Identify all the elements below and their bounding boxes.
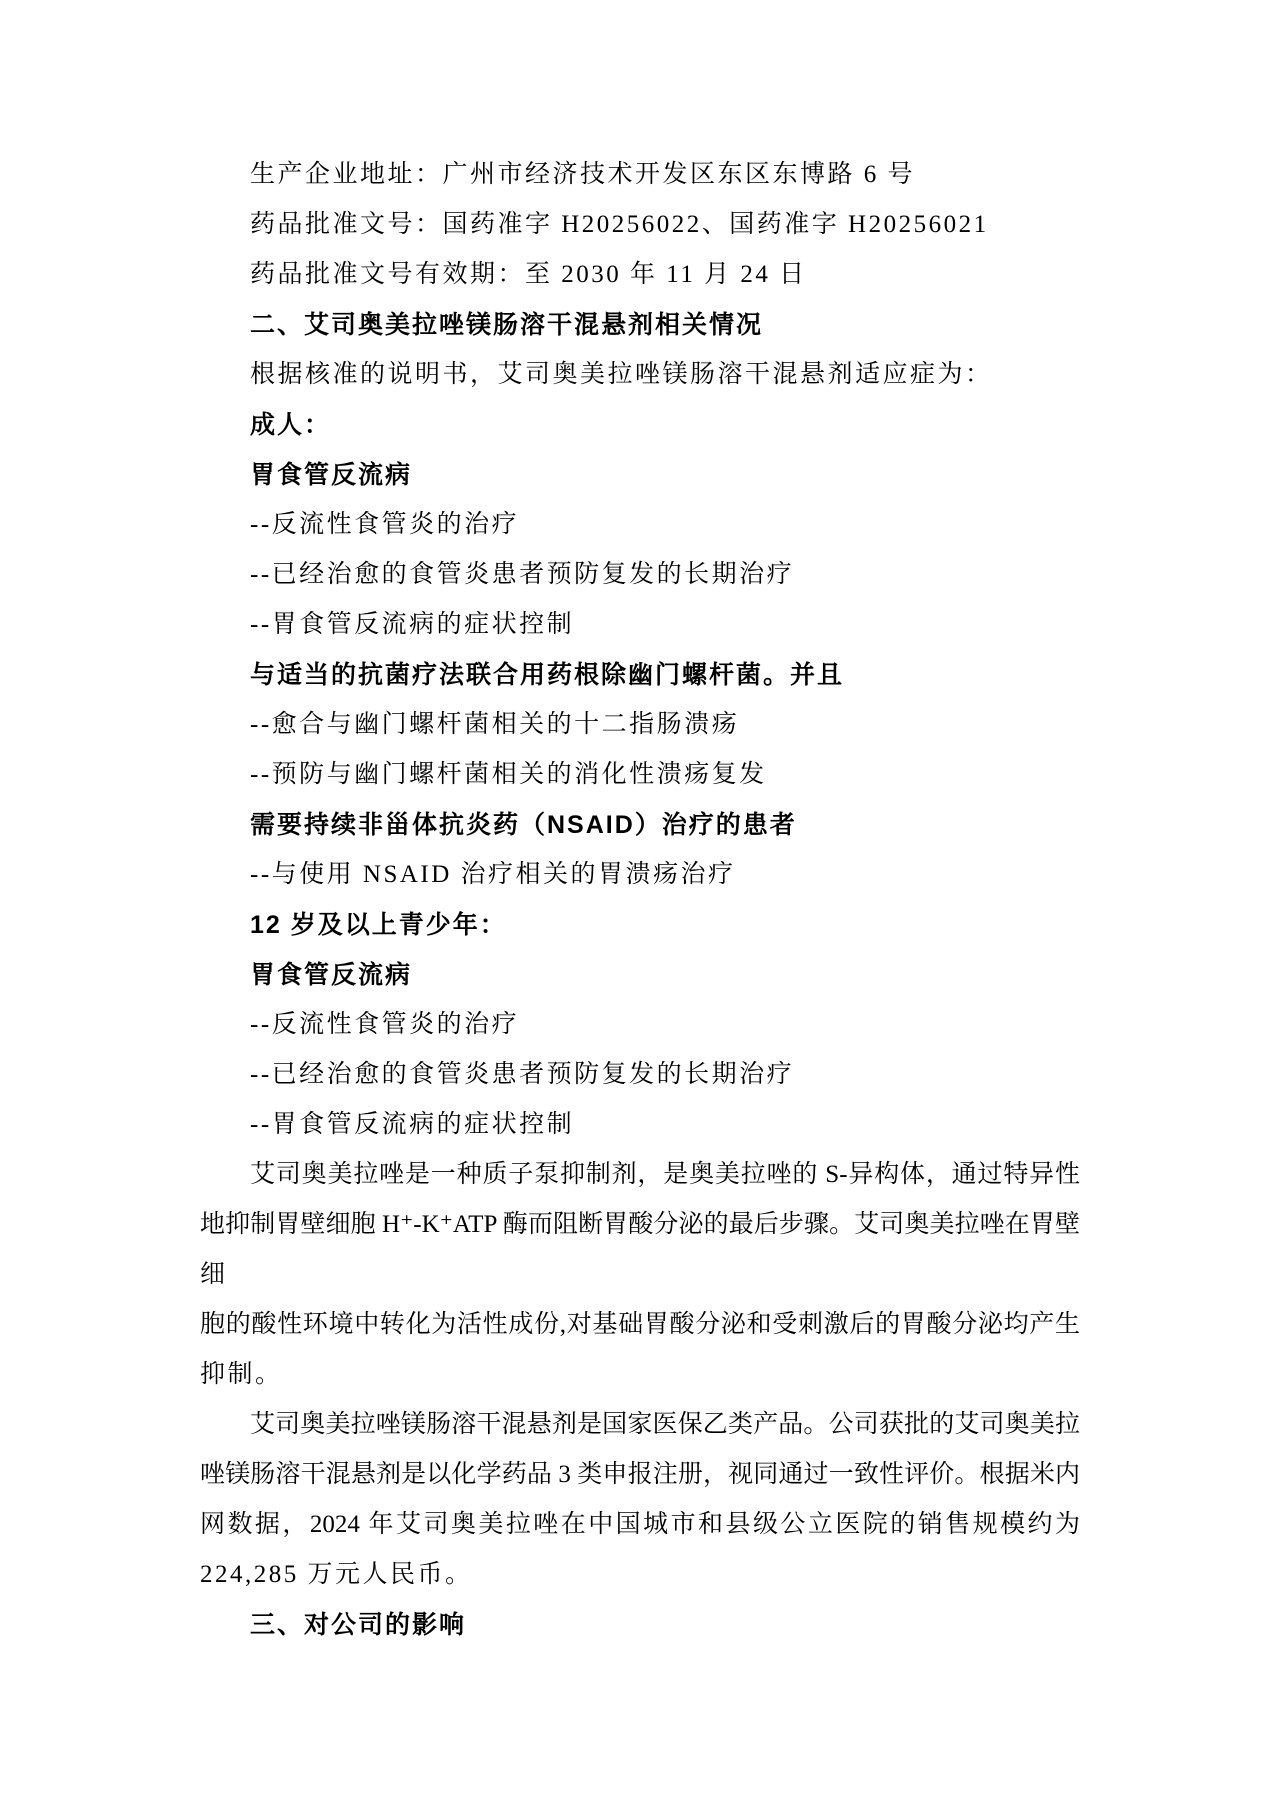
text-line: --胃食管反流病的症状控制 xyxy=(200,1100,1080,1150)
text-line: 224,285 万元人民币。 xyxy=(200,1550,1080,1600)
text-line: 胃食管反流病 xyxy=(200,450,1080,500)
approval-number-validity: 药品批准文号有效期：至 2030 年 11 月 24 日 xyxy=(200,250,1080,300)
text-line: --与使用 NSAID 治疗相关的胃溃疡治疗 xyxy=(200,850,1080,900)
text-line: 药品批准文号：国药准字 H20256022、国药准字 H20256021 xyxy=(200,200,1080,250)
manufacturer-address: 生产企业地址：广州市经济技术开发区东区东博路 6 号 xyxy=(200,150,1080,200)
drug-approval-number: 药品批准文号：国药准字 H20256022、国药准字 H20256021 xyxy=(200,200,1080,250)
mechanism-paragraph: 艾司奥美拉唑是一种质子泵抑制剂，是奥美拉唑的 S-异构体，通过特异性地抑制胃壁细… xyxy=(200,1150,1080,1400)
indication-symptom-control-adolescents: --胃食管反流病的症状控制 xyxy=(200,1100,1080,1150)
text-line: --预防与幽门螺杆菌相关的消化性溃疡复发 xyxy=(200,750,1080,800)
adolescents-heading: 12 岁及以上青少年： xyxy=(200,900,1080,950)
text-line: 成人： xyxy=(200,400,1080,450)
text-line: 根据核准的说明书，艾司奥美拉唑镁肠溶干混悬剂适应症为： xyxy=(200,350,1080,400)
indication-nsaid-gastric-ulcer: --与使用 NSAID 治疗相关的胃溃疡治疗 xyxy=(200,850,1080,900)
document-content: 生产企业地址：广州市经济技术开发区东区东博路 6 号药品批准文号：国药准字 H2… xyxy=(200,150,1080,1650)
text-line: --反流性食管炎的治疗 xyxy=(200,1000,1080,1050)
text-line: --反流性食管炎的治疗 xyxy=(200,500,1080,550)
text-line: 药品批准文号有效期：至 2030 年 11 月 24 日 xyxy=(200,250,1080,300)
indication-symptom-control-adults: --胃食管反流病的症状控制 xyxy=(200,600,1080,650)
text-line: 抑制。 xyxy=(200,1350,1080,1400)
text-line: 地抑制胃壁细胞 H⁺-K⁺ATP 酶而阻断胃酸分泌的最后步骤。艾司奥美拉唑在胃壁… xyxy=(200,1200,1080,1300)
gerd-heading-adolescents: 胃食管反流病 xyxy=(200,950,1080,1000)
adults-heading: 成人： xyxy=(200,400,1080,450)
text-line: 生产企业地址：广州市经济技术开发区东区东博路 6 号 xyxy=(200,150,1080,200)
text-line: 胞的酸性环境中转化为活性成份,对基础胃酸分泌和受刺激后的胃酸分泌均产生 xyxy=(200,1300,1080,1350)
text-line: 需要持续非甾体抗炎药（NSAID）治疗的患者 xyxy=(200,800,1080,850)
hp-eradication-heading: 与适当的抗菌疗法联合用药根除幽门螺杆菌。并且 xyxy=(200,650,1080,700)
text-line: 艾司奥美拉唑是一种质子泵抑制剂，是奥美拉唑的 S-异构体，通过特异性 xyxy=(200,1150,1080,1200)
gerd-heading-adults: 胃食管反流病 xyxy=(200,450,1080,500)
text-line: --已经治愈的食管炎患者预防复发的长期治疗 xyxy=(200,1050,1080,1100)
indications-intro: 根据核准的说明书，艾司奥美拉唑镁肠溶干混悬剂适应症为： xyxy=(200,350,1080,400)
indication-duodenal-ulcer-healing: --愈合与幽门螺杆菌相关的十二指肠溃疡 xyxy=(200,700,1080,750)
text-line: --愈合与幽门螺杆菌相关的十二指肠溃疡 xyxy=(200,700,1080,750)
text-line: 三、对公司的影响 xyxy=(200,1600,1080,1650)
indication-relapse-prevention-adolescents: --已经治愈的食管炎患者预防复发的长期治疗 xyxy=(200,1050,1080,1100)
text-line: 唑镁肠溶干混悬剂是以化学药品 3 类申报注册，视同通过一致性评价。根据米内 xyxy=(200,1450,1080,1500)
text-line: 艾司奥美拉唑镁肠溶干混悬剂是国家医保乙类产品。公司获批的艾司奥美拉 xyxy=(200,1400,1080,1450)
indication-relapse-prevention-adults: --已经治愈的食管炎患者预防复发的长期治疗 xyxy=(200,550,1080,600)
text-line: --胃食管反流病的症状控制 xyxy=(200,600,1080,650)
section-heading-2: 二、艾司奥美拉唑镁肠溶干混悬剂相关情况 xyxy=(200,300,1080,350)
text-line: 12 岁及以上青少年： xyxy=(200,900,1080,950)
text-line: 网数据，2024 年艾司奥美拉唑在中国城市和县级公立医院的销售规模约为 xyxy=(200,1500,1080,1550)
text-line: --已经治愈的食管炎患者预防复发的长期治疗 xyxy=(200,550,1080,600)
indication-reflux-esophagitis-adults: --反流性食管炎的治疗 xyxy=(200,500,1080,550)
text-line: 与适当的抗菌疗法联合用药根除幽门螺杆菌。并且 xyxy=(200,650,1080,700)
indication-reflux-esophagitis-adolescents: --反流性食管炎的治疗 xyxy=(200,1000,1080,1050)
document-page: 生产企业地址：广州市经济技术开发区东区东博路 6 号药品批准文号：国药准字 H2… xyxy=(0,0,1269,1795)
section-heading-3: 三、对公司的影响 xyxy=(200,1600,1080,1650)
nsaid-patients-heading: 需要持续非甾体抗炎药（NSAID）治疗的患者 xyxy=(200,800,1080,850)
indication-peptic-ulcer-relapse-prevention: --预防与幽门螺杆菌相关的消化性溃疡复发 xyxy=(200,750,1080,800)
text-line: 胃食管反流病 xyxy=(200,950,1080,1000)
market-paragraph: 艾司奥美拉唑镁肠溶干混悬剂是国家医保乙类产品。公司获批的艾司奥美拉唑镁肠溶干混悬… xyxy=(200,1400,1080,1600)
text-line: 二、艾司奥美拉唑镁肠溶干混悬剂相关情况 xyxy=(200,300,1080,350)
